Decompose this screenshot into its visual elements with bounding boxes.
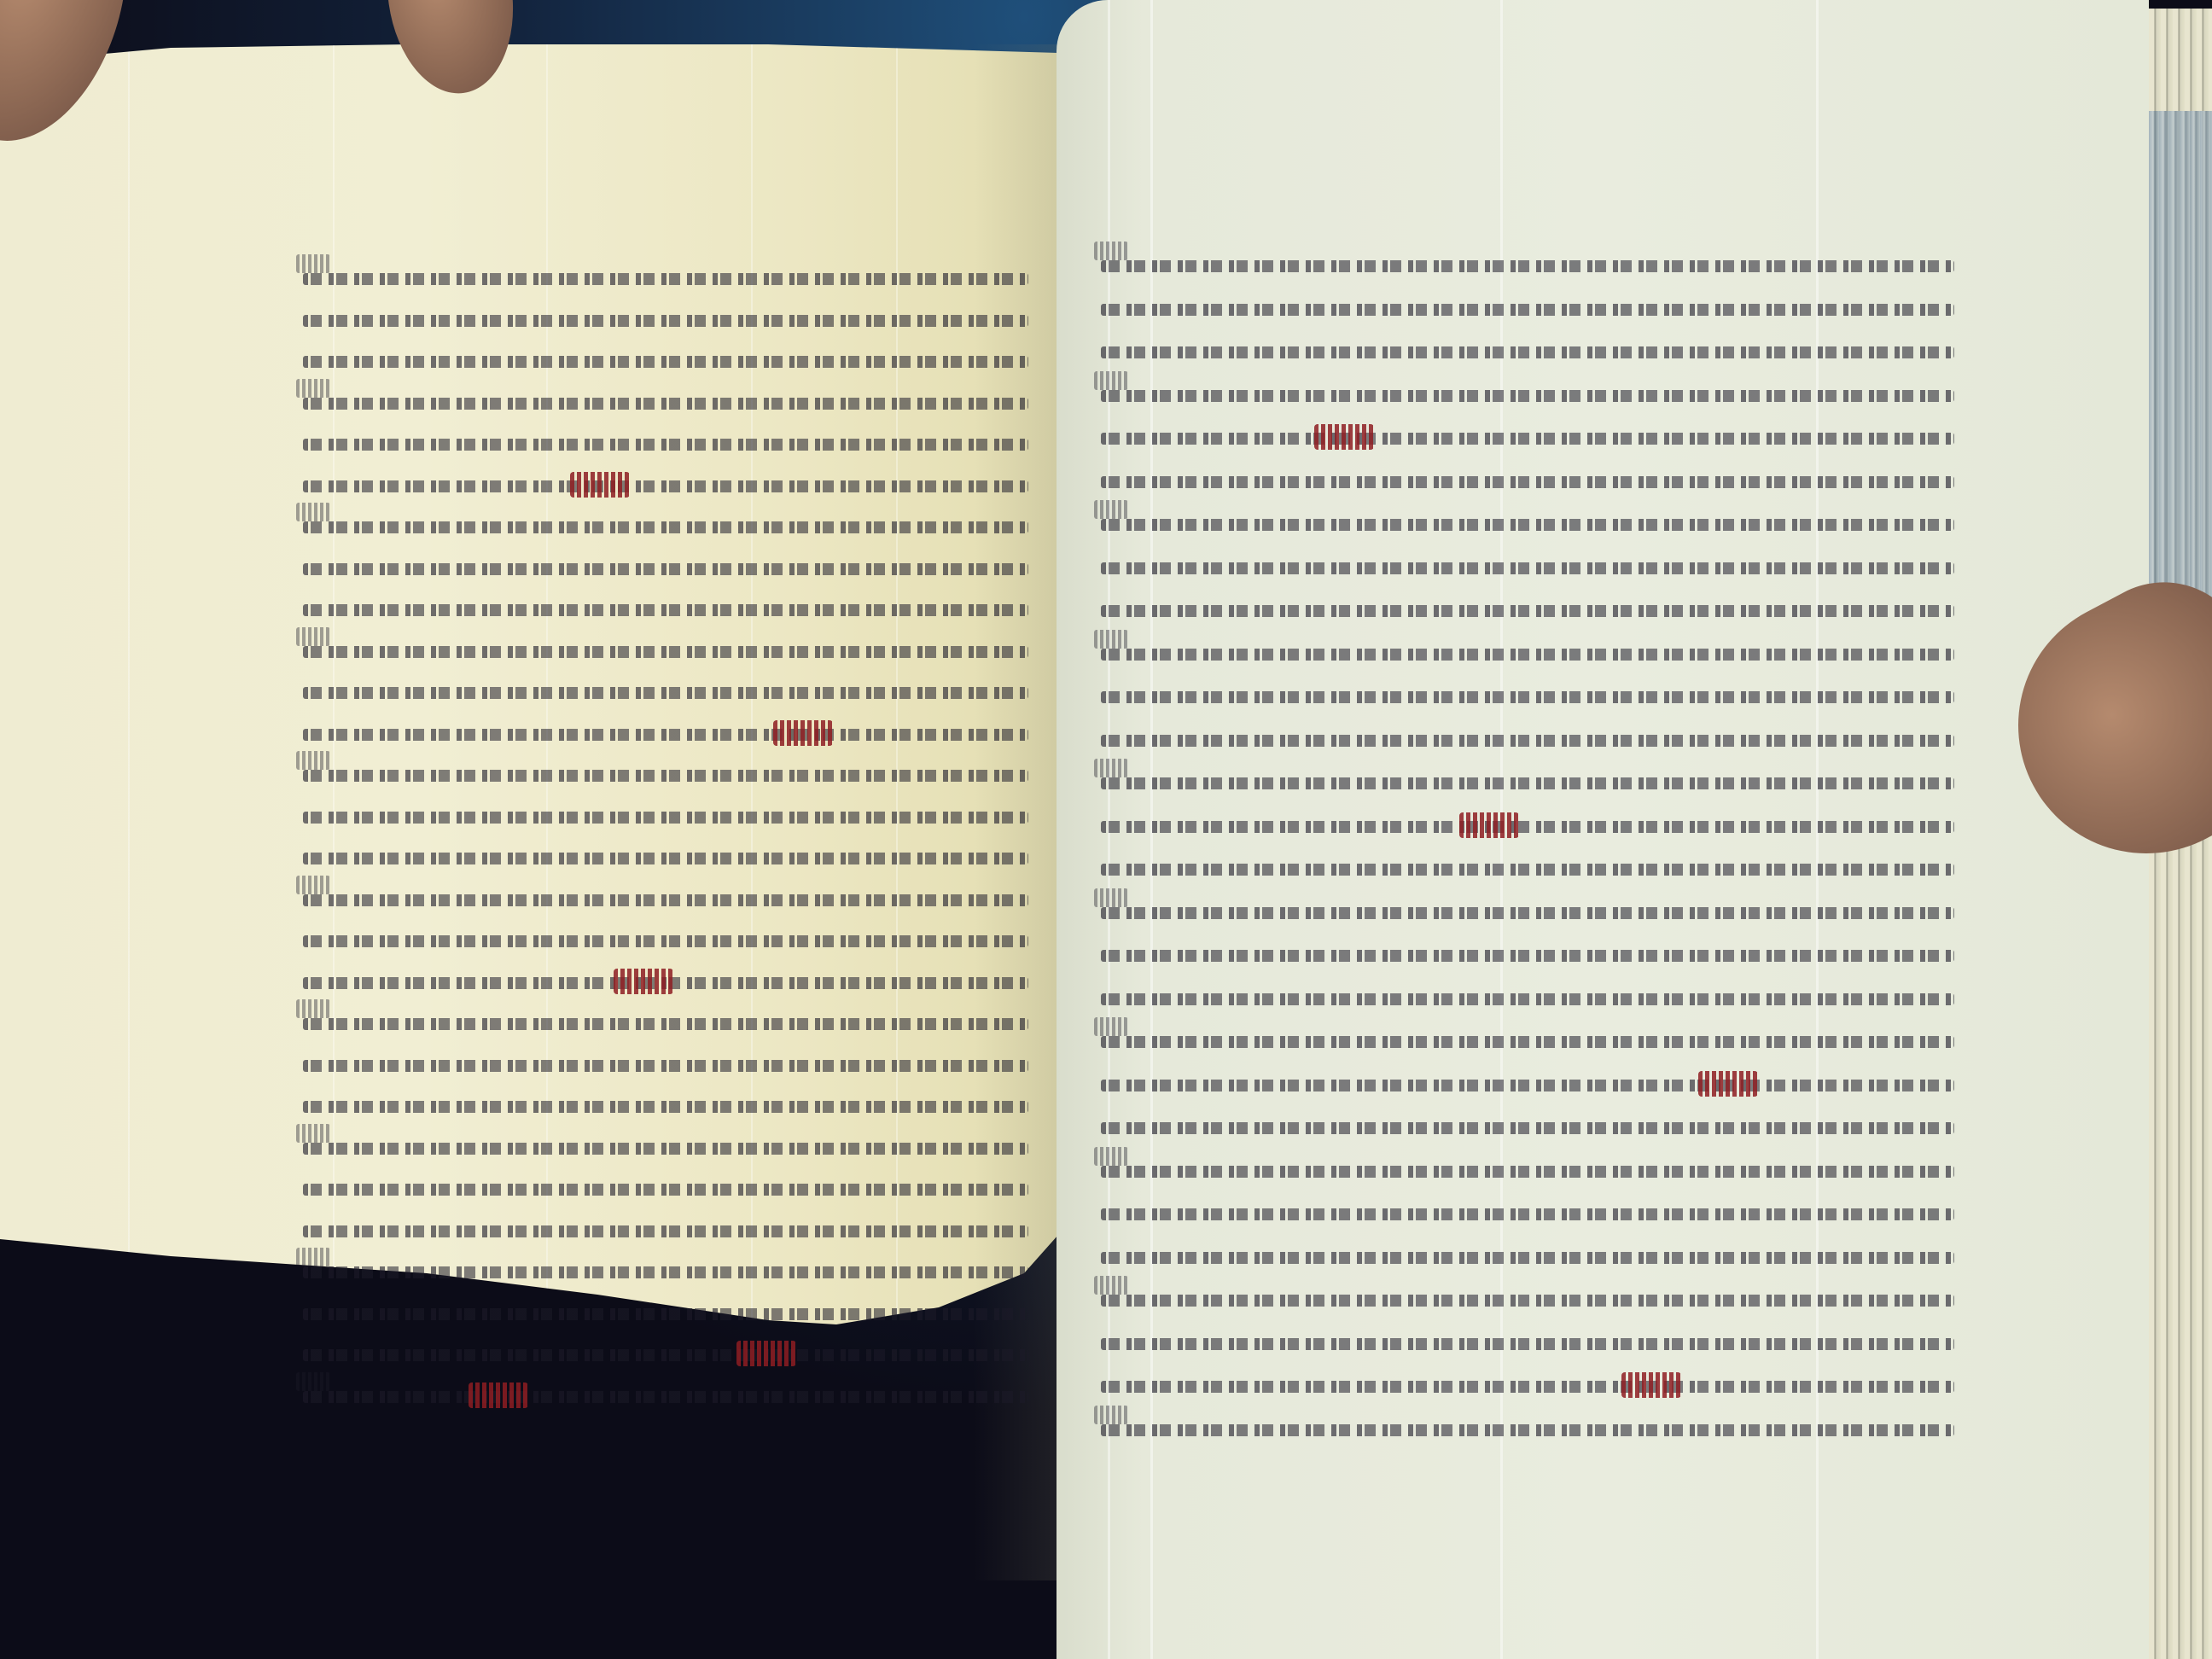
manuscript-text-line [1101,1166,1954,1178]
manuscript-text-line [1101,691,1954,703]
manuscript-text-line [1101,605,1954,617]
manuscript-text-line [303,977,1028,989]
manuscript-text-line [303,812,1028,824]
marginal-gloss [296,1248,330,1266]
red-rubric-heading [1459,812,1519,838]
red-rubric-heading [469,1382,528,1408]
marginal-gloss [296,876,330,894]
manuscript-text-line [303,894,1028,906]
manuscript-text-line [1101,1424,1954,1436]
marginal-gloss [1094,371,1128,390]
manuscript-text-line [303,646,1028,658]
manuscript-text-line [1101,346,1954,358]
manuscript-text-line [1101,390,1954,402]
manuscript-text-line [1101,950,1954,962]
manuscript-text-line [303,439,1028,451]
manuscript-text-line [1101,1122,1954,1134]
manuscript-text-line [1101,993,1954,1005]
manuscript-text-line [303,1018,1028,1030]
manuscript-text-line [1101,649,1954,661]
manuscript-text-line [303,563,1028,575]
red-rubric-heading [773,720,833,746]
marginal-gloss [296,751,330,770]
marginal-gloss [1094,242,1128,260]
manuscript-text-line [303,521,1028,533]
manuscript-text-line [303,273,1028,285]
manuscript-text-line [1101,907,1954,919]
manuscript-text-line [303,935,1028,947]
manuscript-text-line [1101,1208,1954,1220]
manuscript-text-line [1101,864,1954,876]
manuscript-text-line [303,480,1028,492]
red-rubric-heading [736,1341,796,1366]
red-rubric-heading [1314,424,1374,450]
marginal-gloss [1094,1406,1128,1424]
manuscript-text-line [1101,304,1954,316]
manuscript-text-line [1101,777,1954,789]
manuscript-text-line [303,1060,1028,1072]
marginal-gloss [1094,1017,1128,1036]
manuscript-text-line [1101,476,1954,488]
manuscript-text-line [1101,1295,1954,1307]
manuscript-text-line [1101,1381,1954,1393]
manuscript-text-line [1101,1036,1954,1048]
manuscript-text-line [303,1349,1028,1361]
manuscript-text-line [303,356,1028,368]
manuscript-text-line [303,1266,1028,1278]
manuscript-text-line [303,1184,1028,1196]
manuscript-text-line [303,1308,1028,1320]
red-rubric-heading [1621,1372,1681,1398]
marginal-gloss [296,627,330,646]
manuscript-text-line [303,729,1028,741]
marginal-gloss [1094,888,1128,907]
manuscript-text-line [1101,1338,1954,1350]
marginal-gloss [296,254,330,273]
red-rubric-heading [1698,1071,1758,1097]
manuscript-text-line [303,1225,1028,1237]
marginal-gloss [296,503,330,521]
red-rubric-heading [614,969,673,994]
right-page-text-block [1101,260,1954,1472]
manuscript-text-line [303,687,1028,699]
manuscript-text-line [1101,260,1954,272]
marginal-gloss [296,999,330,1018]
manuscript-text-line [303,1101,1028,1113]
marginal-gloss [1094,1147,1128,1166]
marginal-gloss [1094,630,1128,649]
marginal-gloss [1094,1276,1128,1295]
marginal-gloss [1094,500,1128,519]
manuscript-text-line [303,398,1028,410]
marginal-gloss [296,379,330,398]
manuscript-text-line [1101,735,1954,747]
manuscript-text-line [1101,433,1954,445]
left-page-text-block [303,273,1028,1434]
manuscript-text-line [1101,821,1954,833]
manuscript-text-line [303,853,1028,864]
manuscript-text-line [303,770,1028,782]
manuscript-text-line [303,315,1028,327]
manuscript-text-line [1101,562,1954,574]
marginal-gloss [296,1372,330,1391]
manuscript-text-line [303,1391,1028,1403]
manuscript-text-line [1101,1080,1954,1091]
marginal-gloss [296,1124,330,1143]
manuscript-text-line [303,604,1028,616]
manuscript-text-line [1101,1252,1954,1264]
manuscript-text-line [1101,519,1954,531]
manuscript-text-line [303,1143,1028,1155]
red-rubric-heading [570,472,630,498]
marginal-gloss [1094,759,1128,777]
